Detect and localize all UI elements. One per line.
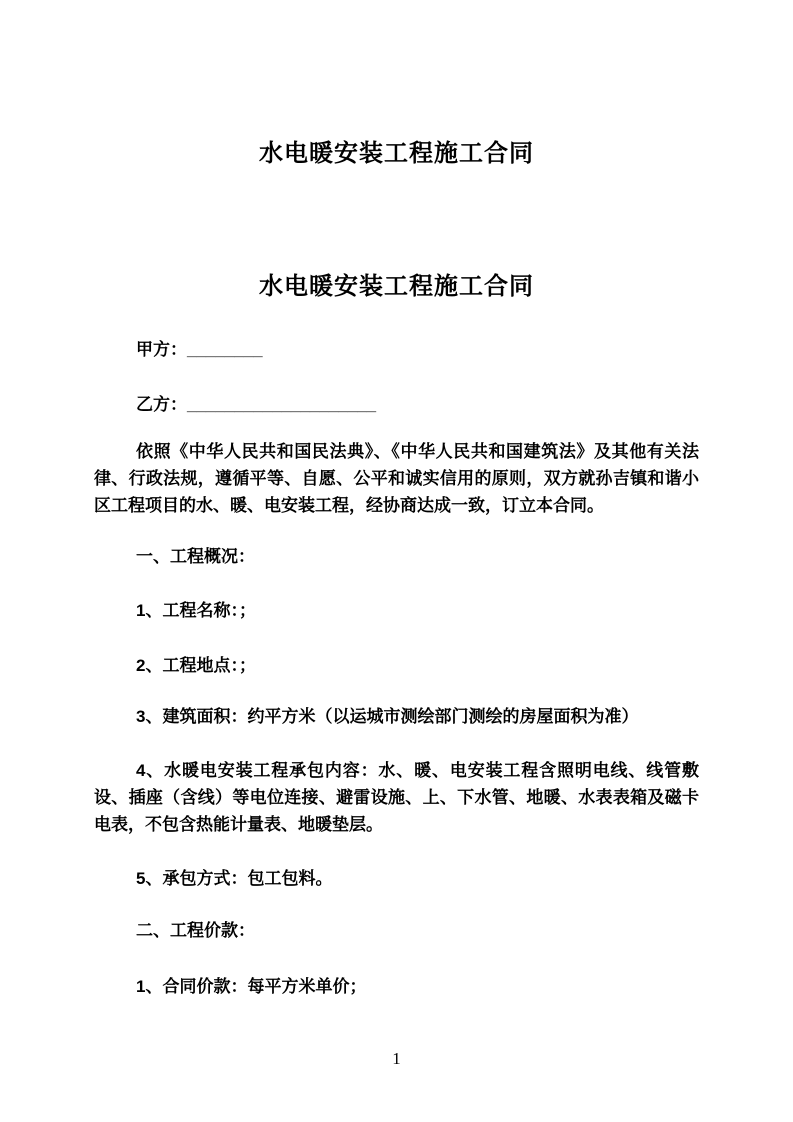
section-1-heading: 一、工程概况： bbox=[94, 543, 699, 570]
section-1-item-1: 1、工程名称：； bbox=[94, 597, 699, 624]
party-b-label: 乙方： bbox=[136, 395, 187, 414]
section-1-item-4: 4、水暖电安装工程承包内容：水、暖、电安装工程含照明电线、线管敷设、插座（含线）… bbox=[94, 757, 699, 838]
document-main-title: 水电暖安装工程施工合同 bbox=[94, 271, 699, 303]
document-page: 水电暖安装工程施工合同 水电暖安装工程施工合同 甲方：________ 乙方：_… bbox=[0, 0, 793, 1122]
document-header-title: 水电暖安装工程施工合同 bbox=[94, 138, 699, 170]
party-a-line: 甲方：________ bbox=[94, 336, 699, 363]
section-2-heading: 二、工程价款： bbox=[94, 917, 699, 944]
party-b-line: 乙方：____________________ bbox=[94, 391, 699, 418]
contract-intro-paragraph: 依照《中华人民共和国民法典》、《中华人民共和国建筑法》及其他有关法律、行政法规，… bbox=[94, 438, 699, 519]
party-a-blank-field[interactable]: ________ bbox=[187, 340, 263, 359]
page-number: 1 bbox=[0, 1048, 793, 1070]
section-1-item-3: 3、建筑面积：约平方米（以运城市测绘部门测绘的房屋面积为准） bbox=[94, 703, 699, 730]
section-1-item-5: 5、承包方式：包工包料。 bbox=[94, 865, 699, 892]
party-a-label: 甲方： bbox=[136, 340, 187, 359]
section-1-item-2: 2、工程地点：； bbox=[94, 652, 699, 679]
section-2-item-1: 1、合同价款：每平方米单价； bbox=[94, 973, 699, 1000]
party-b-blank-field[interactable]: ____________________ bbox=[187, 395, 376, 414]
